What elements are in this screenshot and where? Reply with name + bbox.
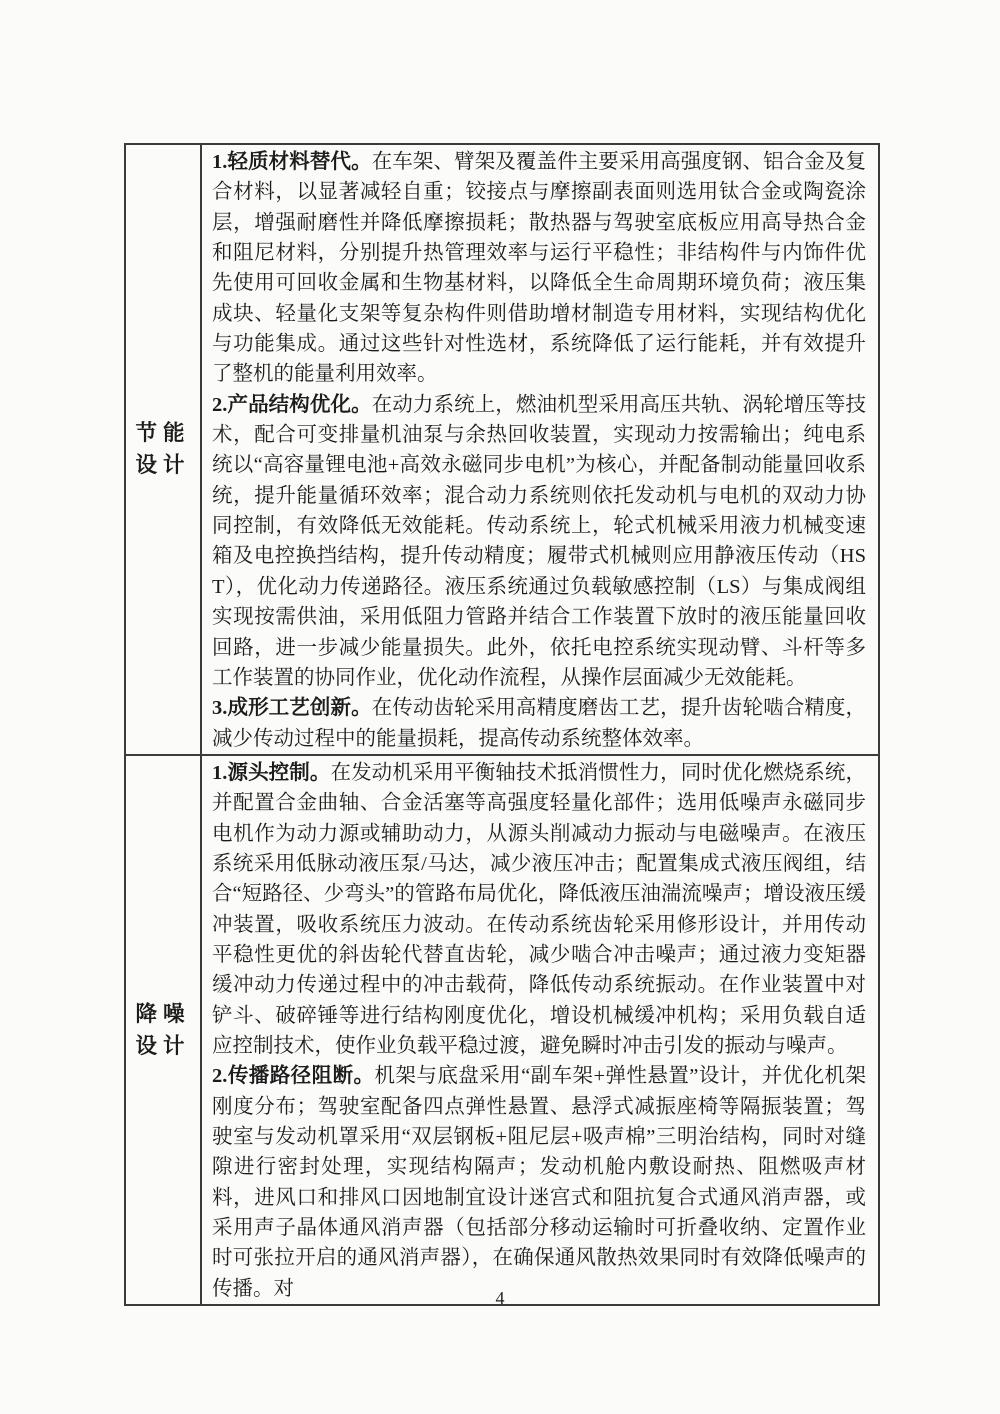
paragraph-heading: 1.轻质材料替代。: [212, 151, 372, 173]
design-measures-table: 节能设计 1.轻质材料替代。在车架、臂架及覆盖件主要采用高强度钢、铝合金及复合材…: [124, 143, 880, 1306]
paragraph: 2.产品结构优化。在动力系统上，燃油机型采用高压共轨、涡轮增压等技术，配合可变排…: [212, 390, 866, 693]
table-row: 节能设计 1.轻质材料替代。在车架、臂架及覆盖件主要采用高强度钢、铝合金及复合材…: [125, 144, 879, 755]
paragraph: 3.成形工艺创新。在传动齿轮采用高精度磨齿工艺，提升齿轮啮合精度，减少传动过程中…: [212, 693, 866, 754]
row-label-text: 降噪设计: [134, 998, 192, 1062]
row-label-energy-saving-design: 节能设计: [125, 144, 201, 755]
paragraph-body: 在动力系统上，燃油机型采用高压共轨、涡轮增压等技术，配合可变排量机油泵与余热回收…: [212, 394, 866, 689]
noise-reduction-content-cell: 1.源头控制。在发动机采用平衡轴技术抵消惯性力，同时优化燃烧系统，并配置合金曲轴…: [201, 755, 879, 1305]
paragraph-heading: 3.成形工艺创新。: [212, 697, 372, 719]
paragraph-heading: 2.产品结构优化。: [212, 394, 372, 416]
paragraph-body: 在发动机采用平衡轴技术抵消惯性力，同时优化燃烧系统，并配置合金曲轴、合金活塞等高…: [212, 762, 866, 1057]
document-page: 节能设计 1.轻质材料替代。在车架、臂架及覆盖件主要采用高强度钢、铝合金及复合材…: [0, 0, 1000, 1414]
paragraph-heading: 2.传播路径阻断。: [212, 1065, 374, 1087]
table-row: 降噪设计 1.源头控制。在发动机采用平衡轴技术抵消惯性力，同时优化燃烧系统，并配…: [125, 755, 879, 1305]
paragraph: 1.源头控制。在发动机采用平衡轴技术抵消惯性力，同时优化燃烧系统，并配置合金曲轴…: [212, 758, 866, 1061]
paragraph-heading: 1.源头控制。: [212, 762, 330, 784]
paragraph: 1.轻质材料替代。在车架、臂架及覆盖件主要采用高强度钢、铝合金及复合材料，以显著…: [212, 147, 866, 390]
paragraph: 2.传播路径阻断。机架与底盘采用“副车架+弹性悬置”设计，并优化机架刚度分布；驾…: [212, 1061, 866, 1304]
row-label-text: 节能设计: [134, 417, 192, 481]
energy-saving-content-cell: 1.轻质材料替代。在车架、臂架及覆盖件主要采用高强度钢、铝合金及复合材料，以显著…: [201, 144, 879, 755]
page-number: 4: [0, 1288, 1000, 1309]
row-label-noise-reduction-design: 降噪设计: [125, 755, 201, 1305]
paragraph-body: 在车架、臂架及覆盖件主要采用高强度钢、铝合金及复合材料，以显著减轻自重；铰接点与…: [212, 151, 866, 385]
paragraph-body: 机架与底盘采用“副车架+弹性悬置”设计，并优化机架刚度分布；驾驶室配备四点弹性悬…: [212, 1065, 866, 1299]
